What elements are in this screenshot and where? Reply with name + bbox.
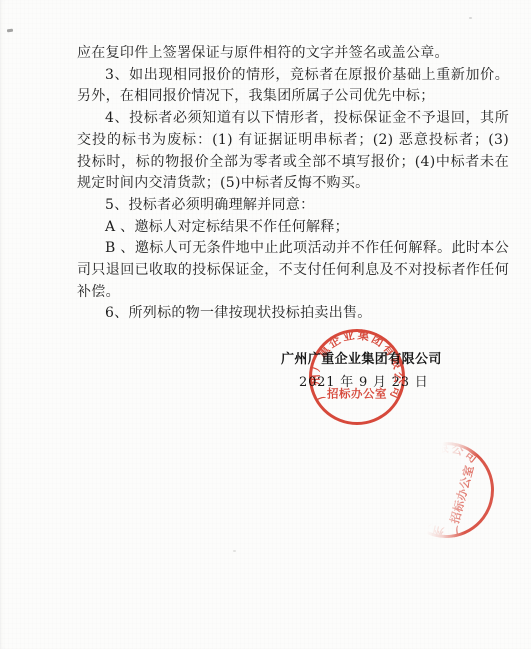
paragraph: 6、所列标的物一律按现状投标拍卖出售。: [77, 303, 509, 325]
company-seal-stamp-partial: 广州广重企业集团有限公司 招标办公室: [396, 440, 496, 540]
scan-speck: [7, 29, 13, 33]
svg-text:广州广重企业集团有限公司: 广州广重企业集团有限公司: [385, 430, 483, 545]
seal-office-text: 招标办公室: [447, 463, 476, 526]
paragraph: A 、邀标人对定标结果不作任何解释；: [77, 217, 509, 239]
document-page: 应在复印件上签署保证与原件相符的文字并签名或盖公章。 3、如出现相同报价的情形，…: [0, 0, 531, 649]
document-body: 应在复印件上签署保证与原件相符的文字并签名或盖公章。 3、如出现相同报价的情形，…: [77, 43, 509, 325]
official-seal-faded: 广州广重企业集团有限公司 招标办公室: [385, 429, 507, 551]
scan-speck: [469, 17, 472, 19]
scan-speck: [233, 550, 236, 552]
paragraph: 应在复印件上签署保证与原件相符的文字并签名或盖公章。: [77, 43, 509, 65]
paragraph: 3、如出现相同报价的情形，竞标者在原报价基础上重新加价。另外，在相同报价情况下，…: [77, 65, 509, 108]
seal-ring-text: 广州广重企业集团有限公司: [385, 430, 483, 545]
paragraph: 5、投标者必须明确理解并同意：: [77, 195, 509, 217]
signature-date: 2021 年 9 月 23 日: [299, 371, 429, 390]
paragraph: 4、投标者必须知道有以下情形者，投标保证金不予退回，其所交投的标书为废标：(1)…: [77, 108, 509, 195]
seal-ring: [389, 433, 503, 547]
signature-company-name: 广州广重企业集团有限公司: [281, 348, 442, 367]
paragraph: B 、邀标人可无条件地中止此项活动并不作任何解释。此时本公司只退回已收取的投标保…: [77, 238, 509, 303]
